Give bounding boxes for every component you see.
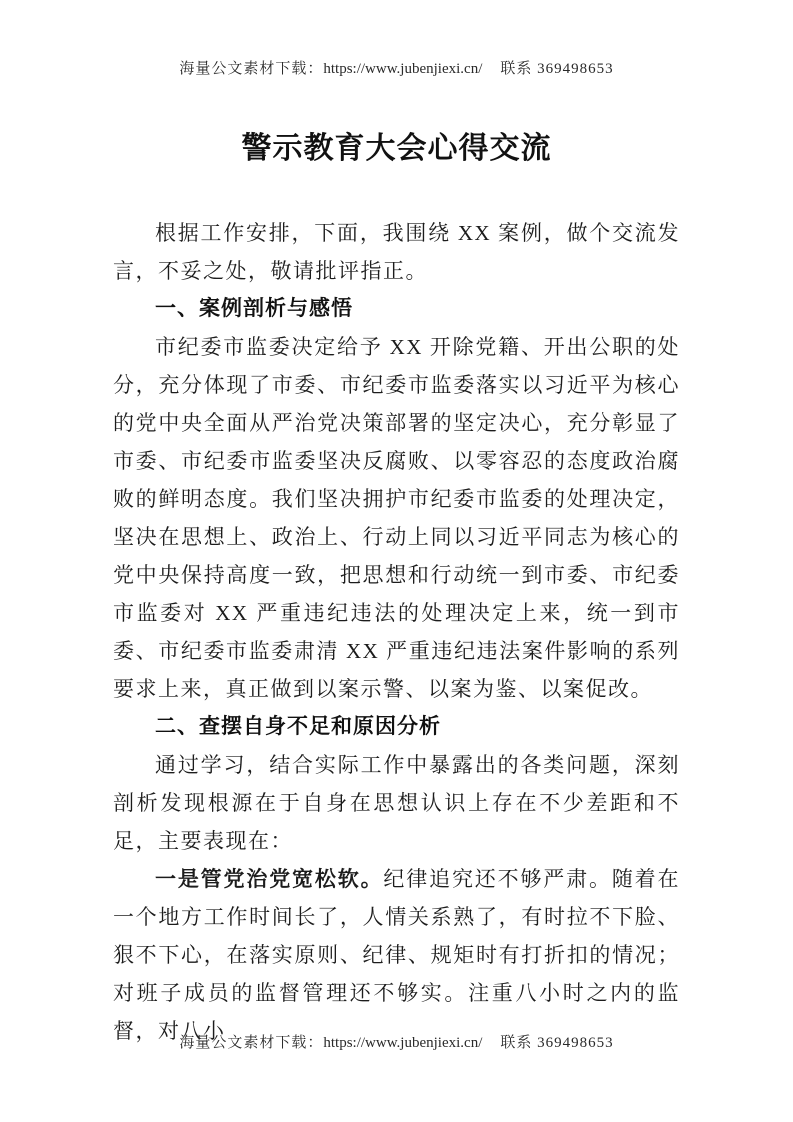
section-heading: 一、案例剖析与感悟 bbox=[113, 290, 680, 328]
paragraph-lead: 一是管党治党宽松软。 bbox=[155, 867, 383, 891]
document-title: 警示教育大会心得交流 bbox=[113, 126, 680, 172]
document-page: 海量公文素材下载：https://www.jubenjiexi.cn/联系 36… bbox=[0, 0, 793, 1122]
paragraph-text: 市纪委市监委决定给予 XX 开除党籍、开出公职的处分，充分体现了市委、市纪委市监… bbox=[113, 335, 680, 701]
page-footer: 海量公文素材下载：https://www.jubenjiexi.cn/联系 36… bbox=[0, 1032, 793, 1054]
footer-url: https://www.jubenjiexi.cn/ bbox=[323, 1035, 482, 1051]
paragraph: 通过学习，结合实际工作中暴露出的各类问题，深刻剖析发现根源在于自身在思想认识上存… bbox=[113, 746, 680, 860]
document-body: 根据工作安排，下面，我围绕 XX 案例，做个交流发言，不妥之处，敬请批评指正。一… bbox=[113, 214, 680, 1050]
paragraph-text: 纪律追究还不够严肃。随着在一个地方工作时间长了，人情关系熟了，有时拉不下脸、狠不… bbox=[113, 867, 680, 1043]
header-contact: 联系 369498653 bbox=[500, 61, 613, 77]
paragraph-text: 根据工作安排，下面，我围绕 XX 案例，做个交流发言，不妥之处，敬请批评指正。 bbox=[113, 221, 680, 283]
page-header: 海量公文素材下载：https://www.jubenjiexi.cn/联系 36… bbox=[113, 58, 680, 80]
header-site-label: 海量公文素材下载： bbox=[179, 61, 323, 77]
paragraph: 市纪委市监委决定给予 XX 开除党籍、开出公职的处分，充分体现了市委、市纪委市监… bbox=[113, 328, 680, 708]
footer-site-label: 海量公文素材下载： bbox=[179, 1035, 323, 1051]
section-heading: 二、查摆自身不足和原因分析 bbox=[113, 708, 680, 746]
paragraph: 根据工作安排，下面，我围绕 XX 案例，做个交流发言，不妥之处，敬请批评指正。 bbox=[113, 214, 680, 290]
header-url: https://www.jubenjiexi.cn/ bbox=[323, 61, 482, 77]
paragraph-text: 通过学习，结合实际工作中暴露出的各类问题，深刻剖析发现根源在于自身在思想认识上存… bbox=[113, 753, 680, 853]
footer-contact: 联系 369498653 bbox=[500, 1035, 613, 1051]
paragraph: 一是管党治党宽松软。纪律追究还不够严肃。随着在一个地方工作时间长了，人情关系熟了… bbox=[113, 860, 680, 1050]
